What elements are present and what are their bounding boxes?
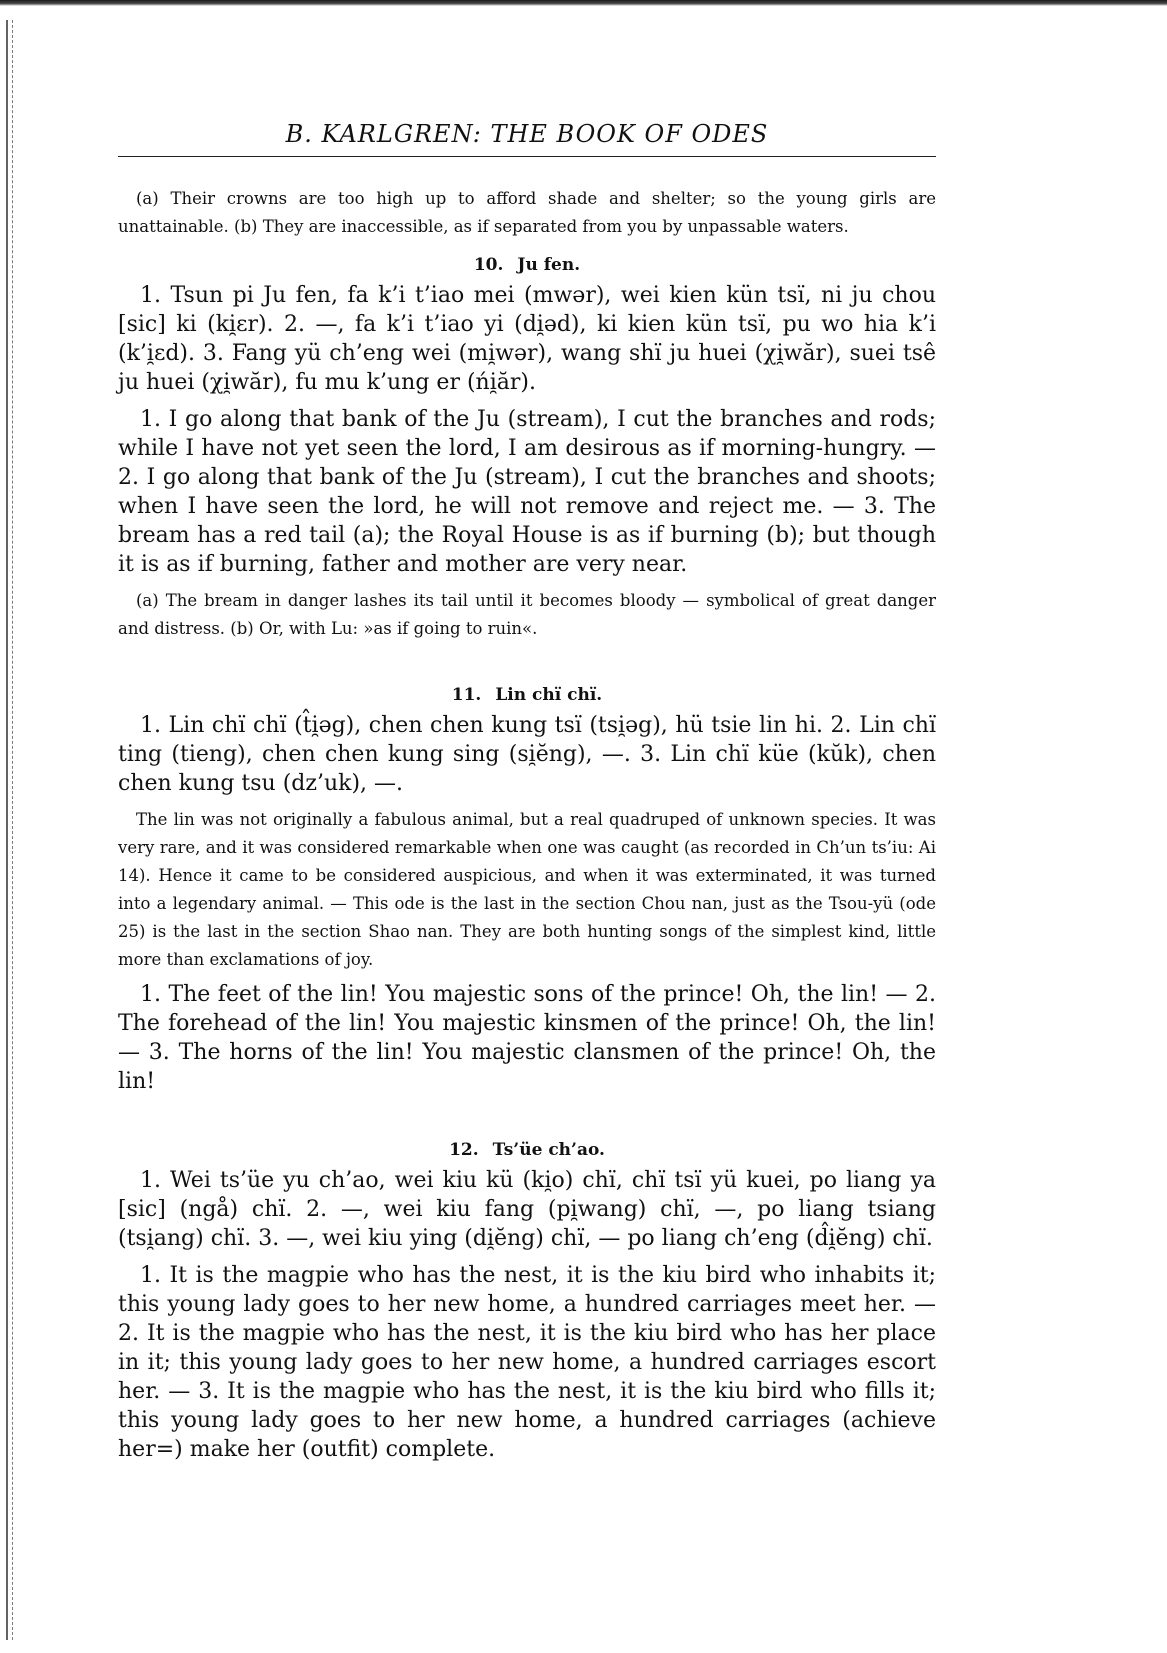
ode-translation: 1. The feet of the lin! You majestic son… xyxy=(118,980,936,1096)
ode-number: 12. xyxy=(449,1140,479,1160)
ode-10: 10.Ju fen. 1. Tsun pi Ju fen, fa k’i t’i… xyxy=(118,255,936,643)
ode-11: 11.Lin chï chï. 1. Lin chï chï (t̂i̯əg),… xyxy=(118,685,936,1096)
ode-number: 11. xyxy=(452,685,482,705)
scan-binding-edge xyxy=(6,20,13,1640)
scan-top-edge xyxy=(0,0,1167,6)
ode-12: 12.Ts’üe ch’ao. 1. Wei ts’üe yu ch’ao, w… xyxy=(118,1140,936,1464)
footnote-ode-9: (a) Their crowns are too high up to affo… xyxy=(118,185,936,241)
ode-transcription: 1. Wei ts’üe yu ch’ao, wei kiu kü (ki̯o)… xyxy=(118,1166,936,1253)
ode-title: 10.Ju fen. xyxy=(118,255,936,275)
ode-name: Ts’üe ch’ao. xyxy=(493,1140,605,1160)
ode-translation: 1. I go along that bank of the Ju (strea… xyxy=(118,405,936,579)
ode-title: 11.Lin chï chï. xyxy=(118,685,936,705)
ode-notes: (a) The bream in danger lashes its tail … xyxy=(118,587,936,643)
ode-name: Lin chï chï. xyxy=(495,685,602,705)
ode-number: 10. xyxy=(474,255,504,275)
ode-commentary: The lin was not originally a fabulous an… xyxy=(118,806,936,974)
ode-title: 12.Ts’üe ch’ao. xyxy=(118,1140,936,1160)
book-page: B. KARLGREN: THE BOOK OF ODES (a) Their … xyxy=(118,120,936,1472)
ode-name: Ju fen. xyxy=(517,255,580,275)
running-head: B. KARLGREN: THE BOOK OF ODES xyxy=(118,120,936,157)
ode-transcription: 1. Lin chï chï (t̂i̯əg), chen chen kung … xyxy=(118,711,936,798)
ode-transcription: 1. Tsun pi Ju fen, fa k’i t’iao mei (mwə… xyxy=(118,281,936,397)
ode-translation: 1. It is the magpie who has the nest, it… xyxy=(118,1261,936,1464)
